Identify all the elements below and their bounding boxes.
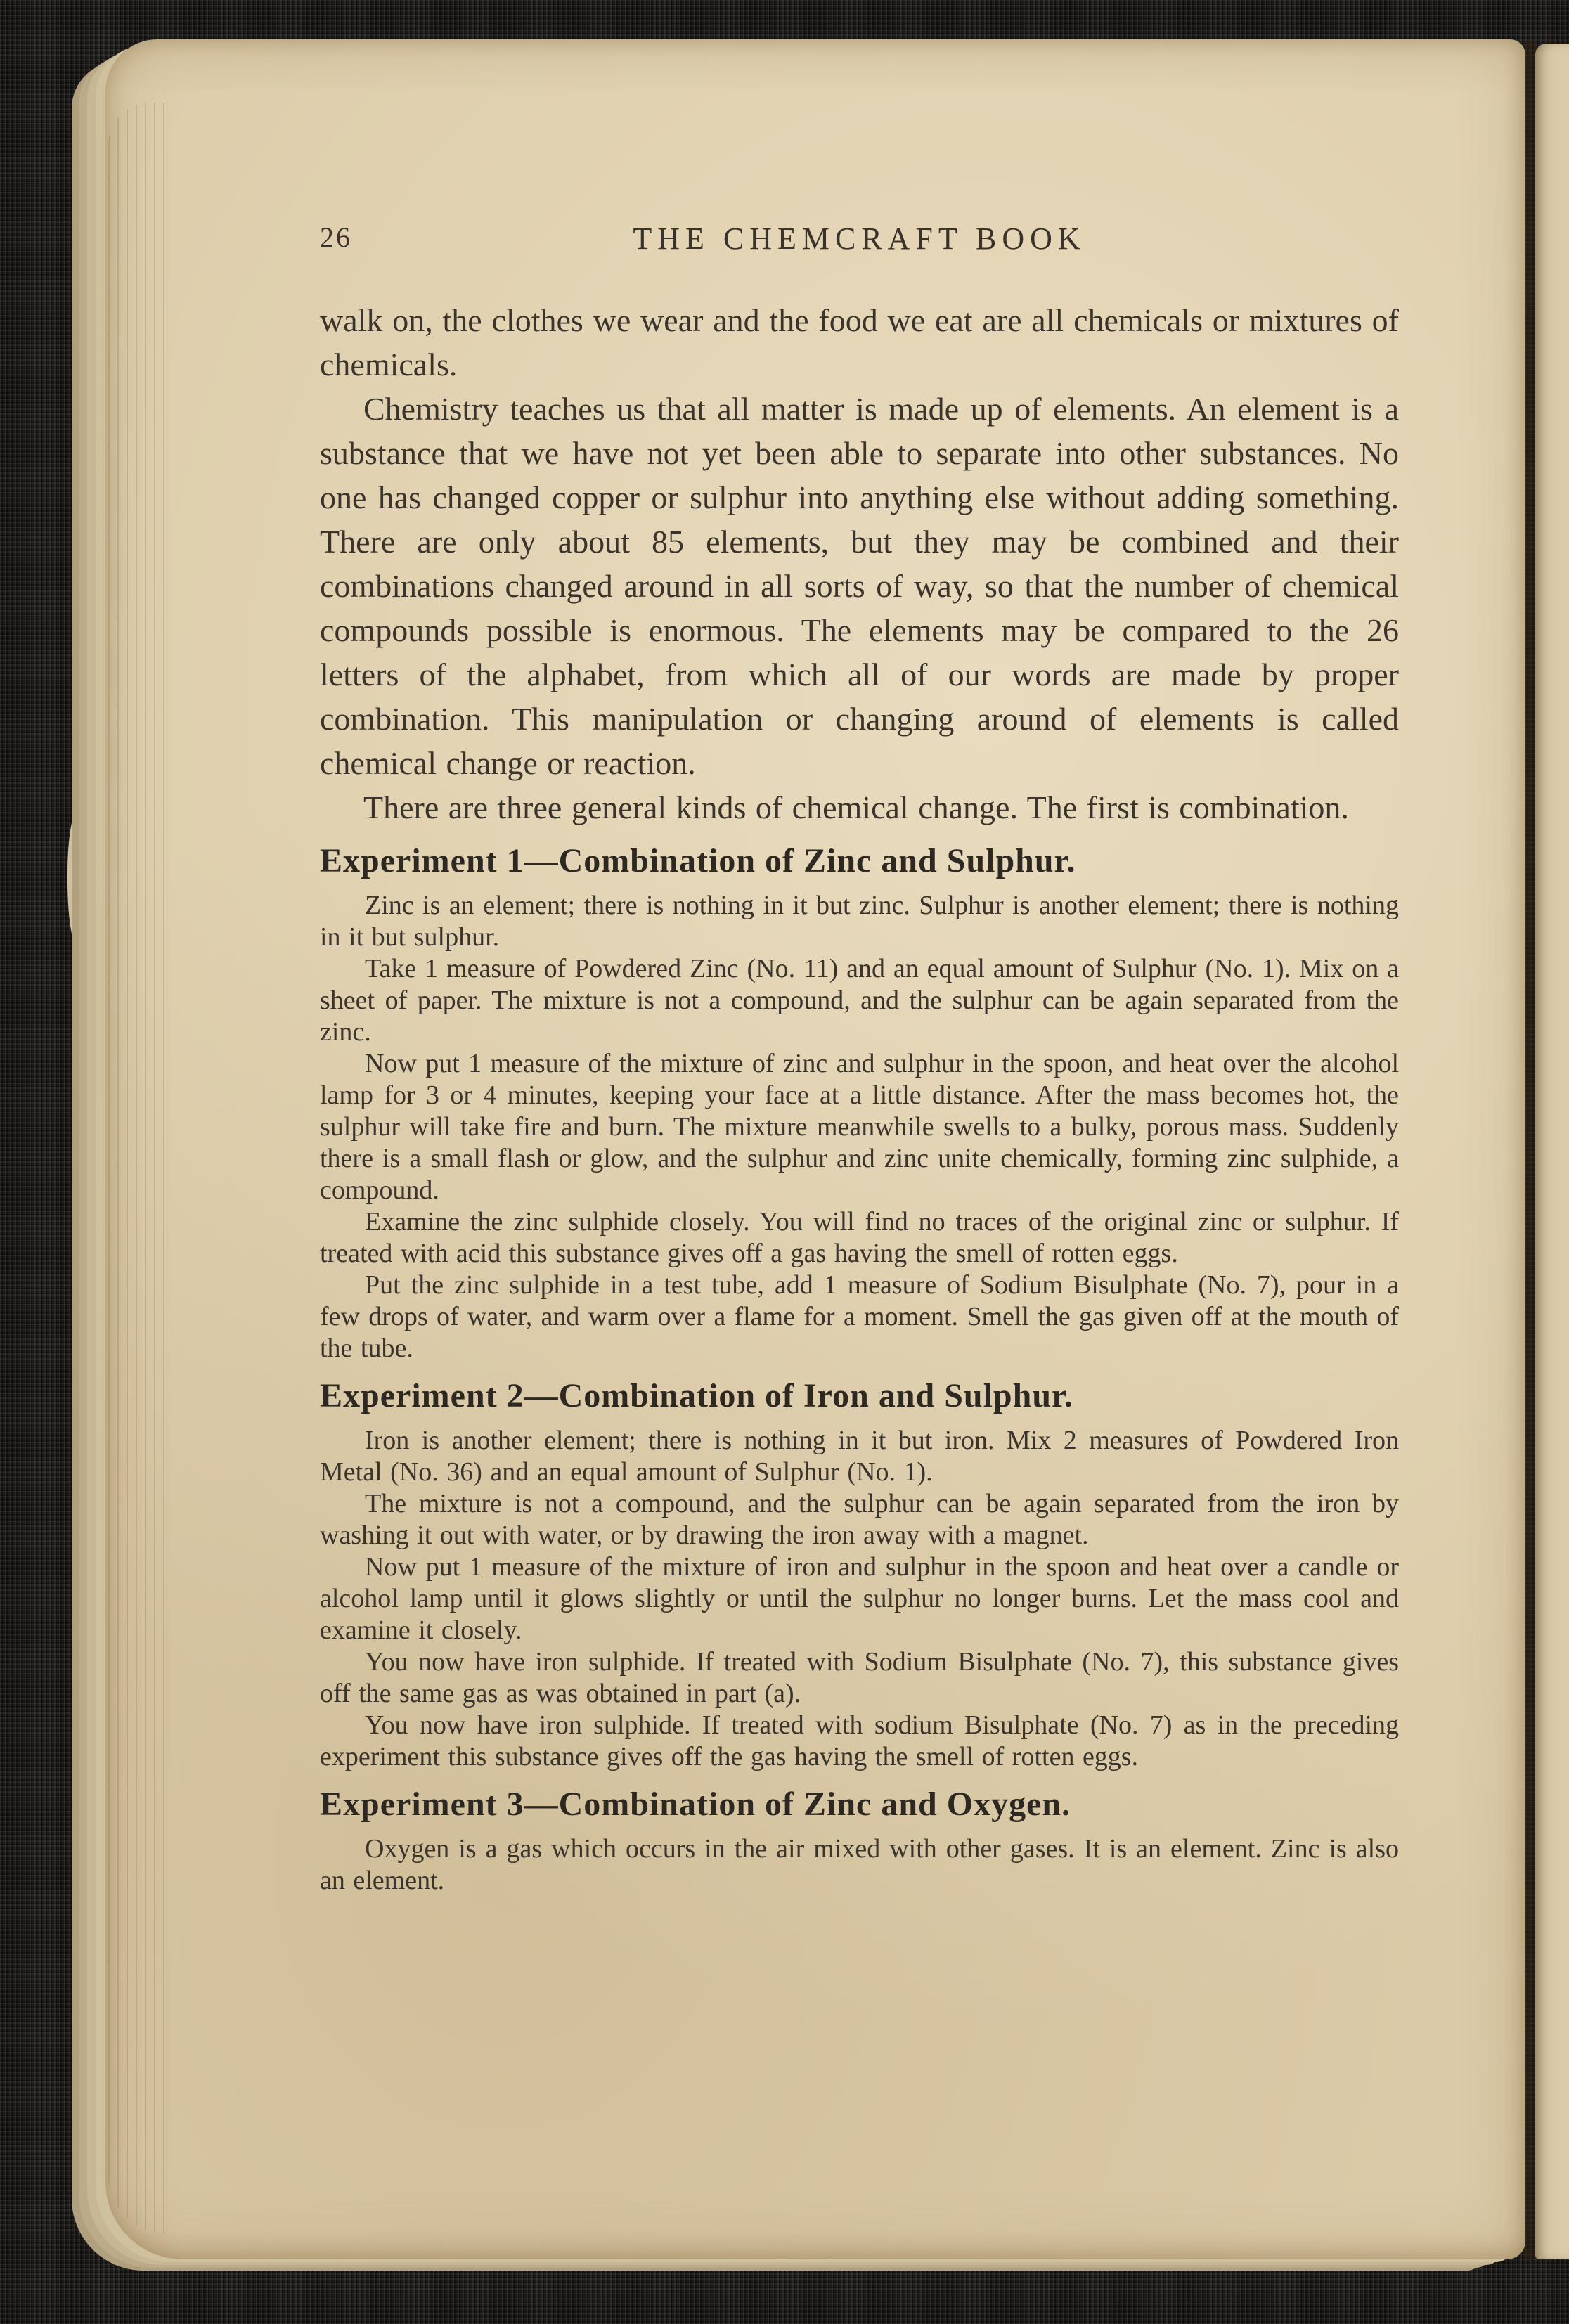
experiment-paragraph: Put the zinc sulphide in a test tube, ad… — [320, 1270, 1399, 1364]
scanned-book-page: 26 THE CHEMCRAFT BOOK walk on, the cloth… — [105, 39, 1525, 2259]
experiment-1-section: Experiment 1—Combination of Zinc and Sul… — [320, 841, 1399, 1364]
experiment-3-heading: Experiment 3—Combination of Zinc and Oxy… — [320, 1784, 1399, 1825]
experiment-2-heading: Experiment 2—Combination of Iron and Sul… — [320, 1376, 1399, 1416]
experiment-3-body: Oxygen is a gas which occurs in the air … — [320, 1833, 1399, 1897]
experiment-3-section: Experiment 3—Combination of Zinc and Oxy… — [320, 1784, 1399, 1897]
experiment-paragraph: Take 1 measure of Powdered Zinc (No. 11)… — [320, 953, 1399, 1048]
experiment-1-heading: Experiment 1—Combination of Zinc and Sul… — [320, 841, 1399, 882]
intro-paragraph: walk on, the clothes we wear and the foo… — [320, 298, 1399, 387]
experiment-2-body: Iron is another element; there is nothin… — [320, 1425, 1399, 1773]
experiment-1-body: Zinc is an element; there is nothing in … — [320, 890, 1399, 1364]
experiment-paragraph: Zinc is an element; there is nothing in … — [320, 890, 1399, 953]
experiment-paragraph: You now have iron sulphide. If treated w… — [320, 1710, 1399, 1773]
experiment-2-section: Experiment 2—Combination of Iron and Sul… — [320, 1376, 1399, 1773]
text-column: walk on, the clothes we wear and the foo… — [320, 298, 1399, 1897]
worn-page-edge-chip — [67, 808, 93, 953]
experiment-paragraph: Oxygen is a gas which occurs in the air … — [320, 1833, 1399, 1897]
next-page-edge — [1535, 44, 1569, 2259]
experiment-paragraph: You now have iron sulphide. If treated w… — [320, 1646, 1399, 1710]
intro-paragraph: Chemistry teaches us that all matter is … — [320, 387, 1399, 785]
experiment-paragraph: The mixture is not a compound, and the s… — [320, 1488, 1399, 1551]
experiment-paragraph: Now put 1 measure of the mixture of zinc… — [320, 1048, 1399, 1206]
experiment-paragraph: Now put 1 measure of the mixture of iron… — [320, 1551, 1399, 1646]
experiment-paragraph: Iron is another element; there is nothin… — [320, 1425, 1399, 1488]
intro-section: walk on, the clothes we wear and the foo… — [320, 298, 1399, 829]
experiment-paragraph: Examine the zinc sulphide closely. You w… — [320, 1206, 1399, 1270]
running-head: 26 THE CHEMCRAFT BOOK — [320, 221, 1399, 256]
intro-paragraph: There are three general kinds of chemica… — [320, 785, 1399, 829]
running-title: THE CHEMCRAFT BOOK — [320, 221, 1399, 257]
